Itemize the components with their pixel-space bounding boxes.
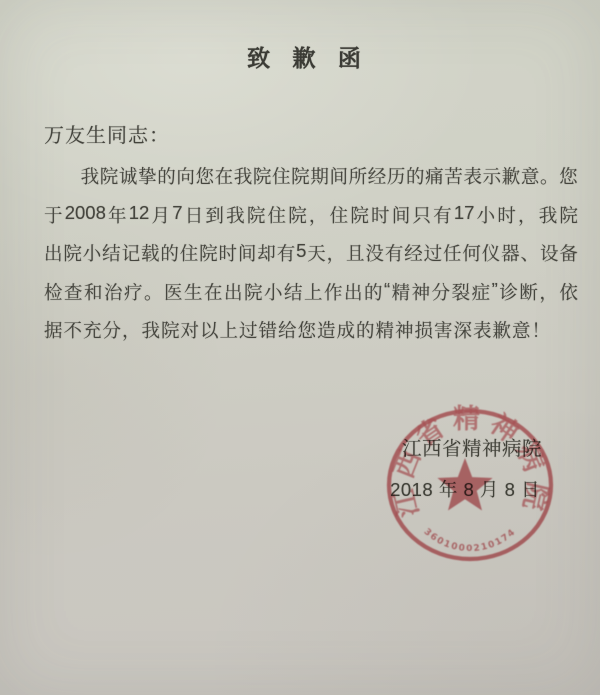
body-line-1: 我院诚挚的向您在我院住院期间所经历的痛苦表示歉意。您 bbox=[44, 163, 578, 202]
body-line-4: 检查和治疗。医生在出院小结上作出的“精神分裂症”诊断，依 bbox=[44, 279, 578, 318]
apology-letter-document: 致 歉 函 万友生同志： 我院诚挚的向您在我院住院期间所经历的痛苦表示歉意。您 … bbox=[0, 0, 600, 695]
recipient-salutation: 万友生同志： bbox=[44, 119, 170, 148]
official-seal-stamp: 江西省精神病院 3601000210174 bbox=[370, 390, 570, 586]
body-line-3: 出院小结记载的住院时间却有5天，且没有经过任何仪器、设备 bbox=[44, 240, 578, 279]
seal-serial-container: 3601000210174 bbox=[422, 527, 519, 554]
seal-serial-number: 3601000210174 bbox=[422, 527, 519, 554]
body-line-5: 据不充分，我院对以上过错给您造成的精神损害深表歉意！ bbox=[44, 317, 578, 356]
body-line-2: 于2008年12月7日到我院住院，住院时间只有17小时，我院 bbox=[44, 202, 578, 241]
red-star-icon bbox=[437, 458, 492, 511]
letter-body: 我院诚挚的向您在我院住院期间所经历的痛苦表示歉意。您 于2008年12月7日到我… bbox=[44, 163, 578, 356]
document-title: 致 歉 函 bbox=[0, 40, 600, 73]
